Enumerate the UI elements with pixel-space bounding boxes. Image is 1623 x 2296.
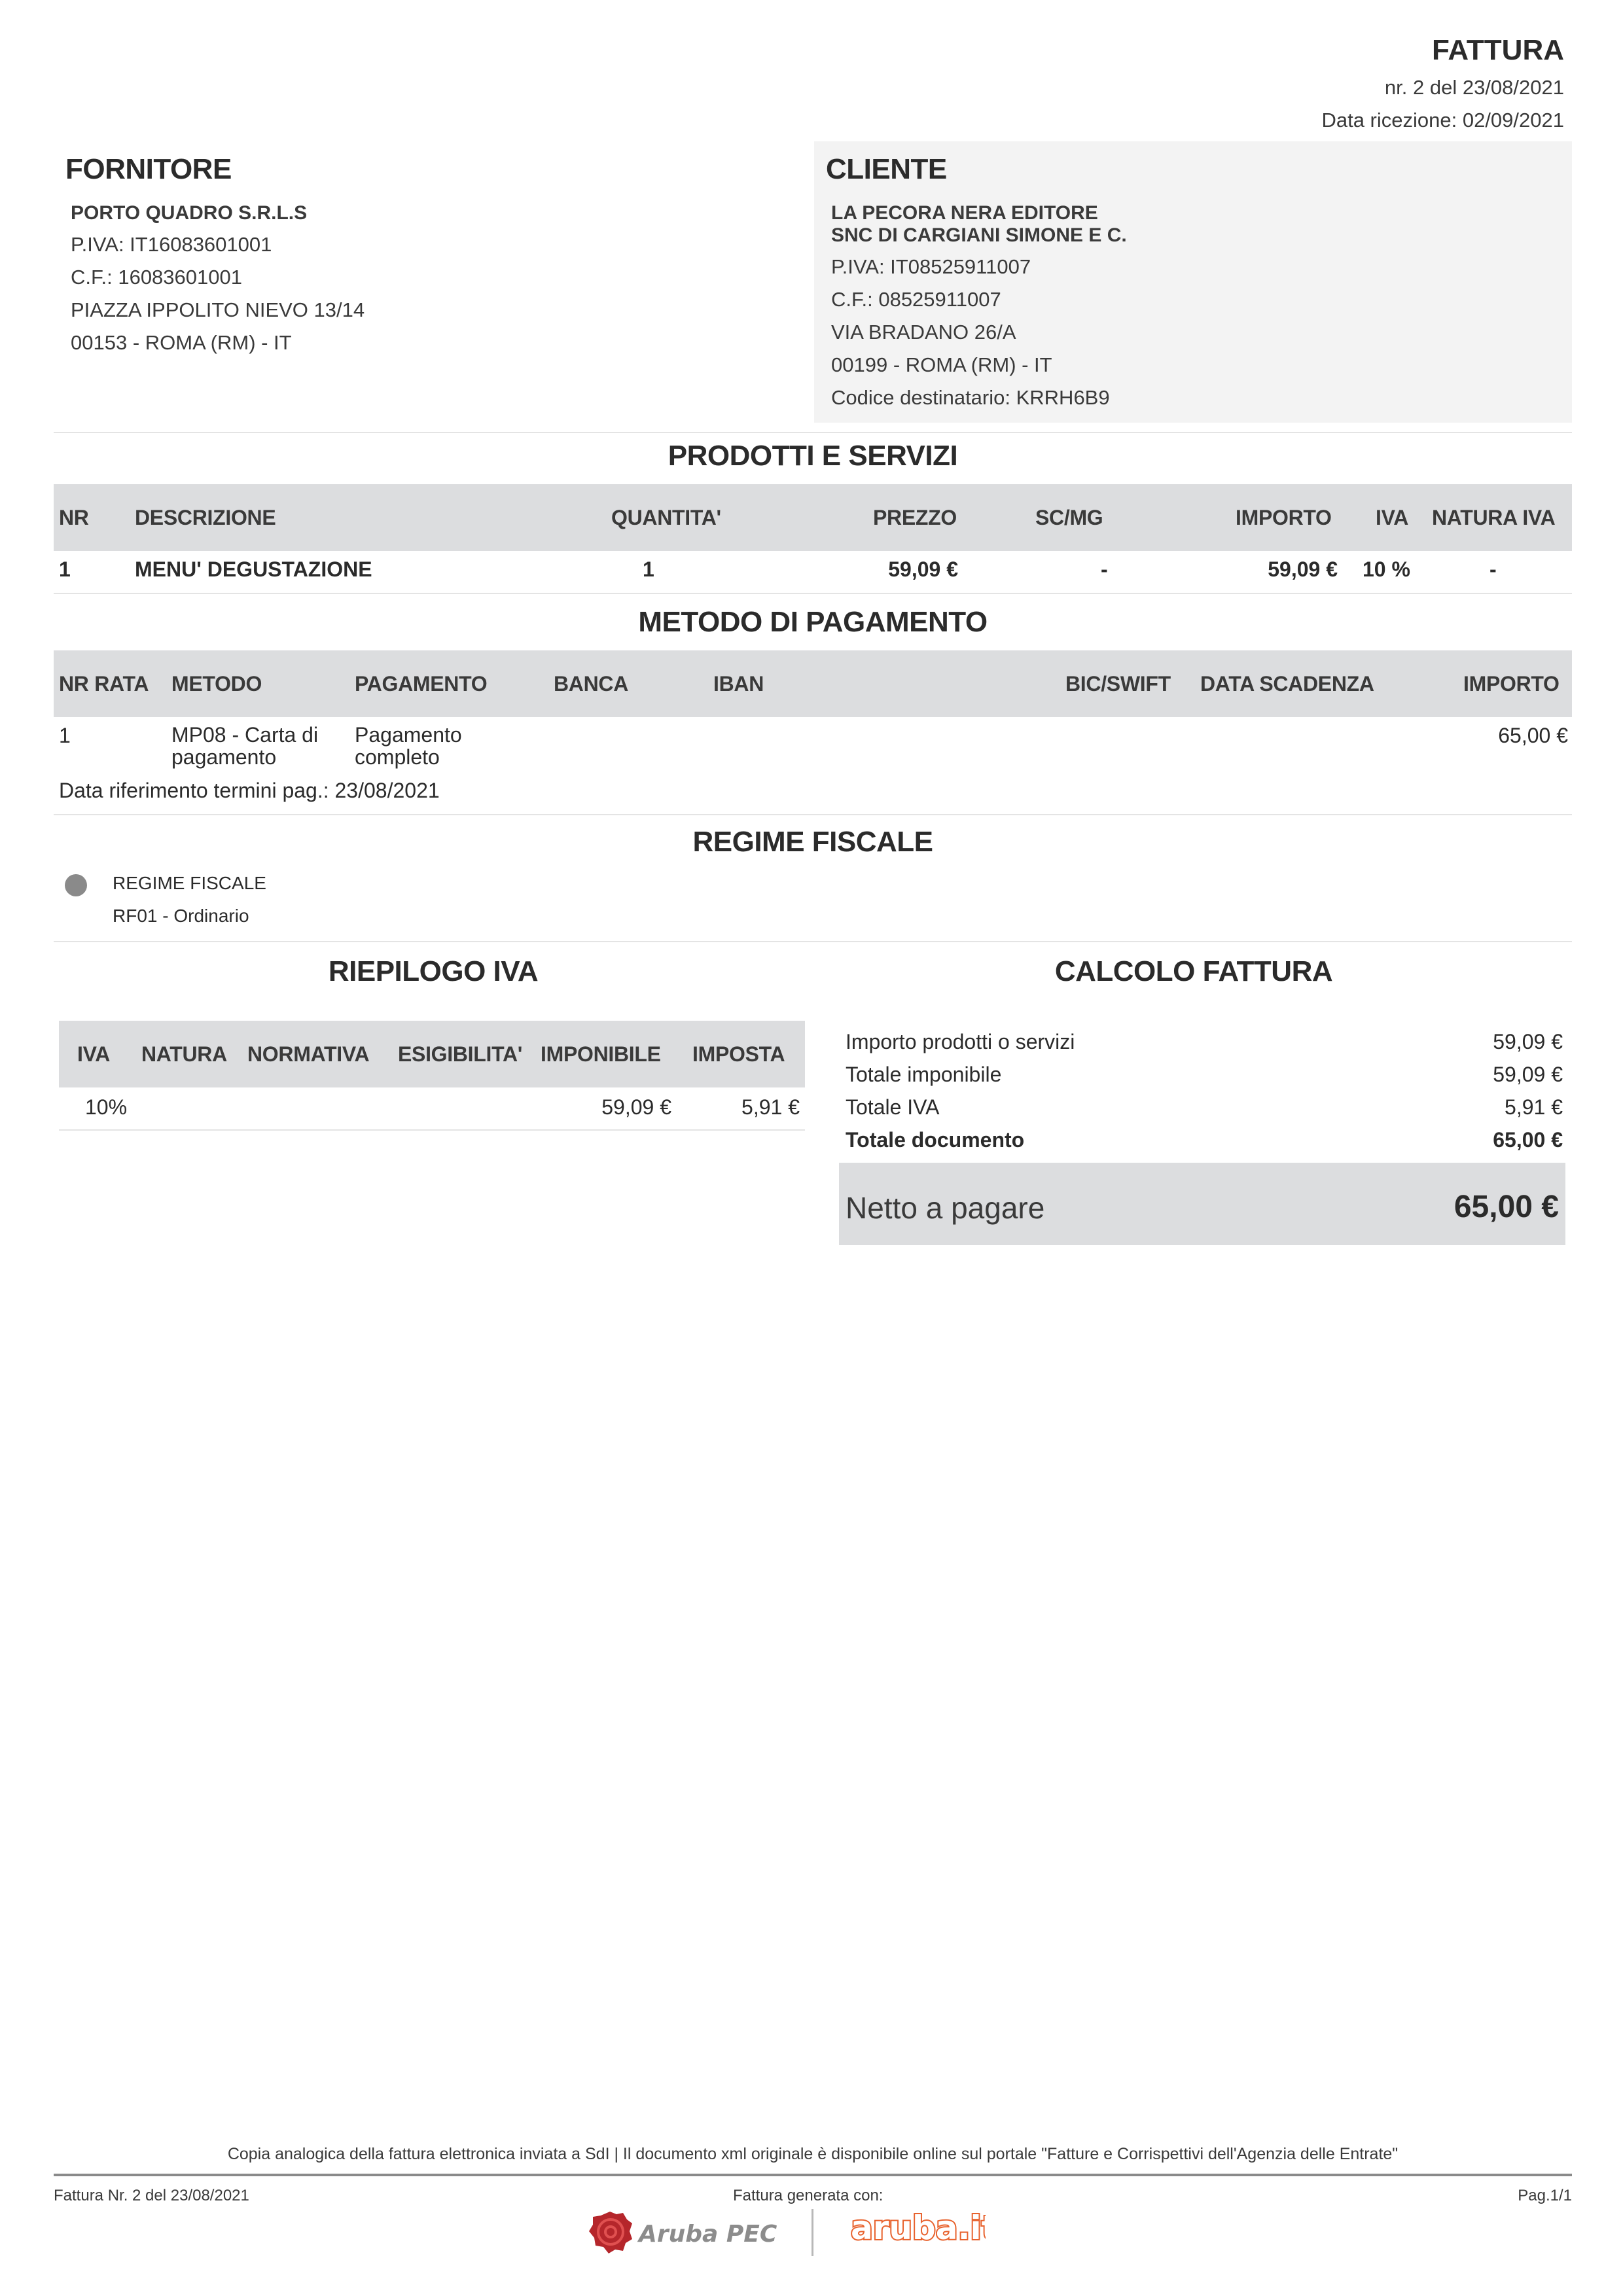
client-title: CLIENTE [826, 153, 947, 186]
net-payable-label: Netto a pagare [846, 1190, 1044, 1226]
vat-summary-title: RIEPILOGO IVA [54, 955, 813, 988]
client-block: CLIENTE LA PECORA NERA EDITORE SNC DI CA… [814, 141, 1572, 423]
col-data-scadenza: DATA SCADENZA [1200, 650, 1374, 717]
aruba-pec-logo-icon: Aruba PEC [588, 2209, 777, 2255]
vat-taxable: 59,09 € [563, 1095, 671, 1120]
payment-type: Pagamento completo [355, 724, 462, 768]
product-amount: 59,09 € [1230, 557, 1338, 582]
col-quantita: QUANTITA' [611, 484, 721, 551]
col-importo-pagamento: IMPORTO [1463, 650, 1560, 717]
vat-rate: 10% [85, 1095, 127, 1120]
col-importo: IMPORTO [1236, 484, 1332, 551]
footer-note: Copia analogica della fattura elettronic… [54, 2145, 1572, 2164]
col-sc-mg: SC/MG [1035, 484, 1103, 551]
product-description: MENU' DEGUSTAZIONE [135, 557, 372, 582]
svg-text:Aruba PEC: Aruba PEC [637, 2221, 777, 2248]
net-payable-value: 65,00 € [1454, 1189, 1559, 1225]
footer-generated-with: Fattura generata con: [733, 2187, 883, 2205]
calc-row-total: Totale documento 65,00 € [846, 1128, 1563, 1152]
product-vat-nature: - [1489, 557, 1497, 582]
payment-method-line1: MP08 - Carta di [171, 724, 318, 746]
client-piva: P.IVA: IT08525911007 [831, 255, 1031, 279]
calc-label: Totale documento [846, 1128, 1024, 1152]
receipt-date: Data ricezione: 02/09/2021 [1321, 109, 1564, 132]
payment-method: MP08 - Carta di pagamento [171, 724, 318, 768]
bullet-dot-icon [65, 874, 87, 896]
product-price: 59,09 € [851, 557, 958, 582]
client-name-line2: SNC DI CARGIANI SIMONE E C. [831, 224, 1127, 247]
payment-title: METODO DI PAGAMENTO [54, 606, 1572, 639]
supplier-cf: C.F.: 16083601001 [71, 266, 242, 289]
col-pagamento: PAGAMENTO [355, 650, 487, 717]
client-name-line1: LA PECORA NERA EDITORE [831, 202, 1098, 224]
col-iban: IBAN [713, 650, 764, 717]
divider [59, 1129, 805, 1131]
supplier-city: 00153 - ROMA (RM) - IT [71, 331, 292, 355]
col-vat-normativa: NORMATIVA [247, 1021, 369, 1087]
calc-row-products: Importo prodotti o servizi 59,09 € [846, 1030, 1563, 1054]
col-vat-imposta: IMPOSTA [692, 1021, 785, 1087]
client-recipient-code: Codice destinatario: KRRH6B9 [831, 386, 1110, 410]
col-vat-imponibile: IMPONIBILE [541, 1021, 661, 1087]
client-cf: C.F.: 08525911007 [831, 288, 1001, 311]
col-nr-rata: NR RATA [59, 650, 149, 717]
client-address: VIA BRADANO 26/A [831, 321, 1016, 344]
calc-row-taxable: Totale imponibile 59,09 € [846, 1063, 1563, 1087]
payment-type-line1: Pagamento [355, 724, 462, 746]
product-quantity: 1 [643, 557, 654, 582]
regime-title: REGIME FISCALE [54, 826, 1572, 858]
payment-amount: 65,00 € [1440, 724, 1568, 748]
products-title: PRODOTTI E SERVIZI [54, 440, 1572, 472]
col-metodo: METODO [171, 650, 262, 717]
calc-value: 59,09 € [1493, 1030, 1563, 1054]
col-vat-esigibilita: ESIGIBILITA' [398, 1021, 522, 1087]
regime-label: REGIME FISCALE [113, 873, 266, 894]
document-title: FATTURA [1432, 34, 1564, 67]
divider [54, 432, 1572, 433]
calc-value: 59,09 € [1493, 1063, 1563, 1087]
calc-label: Totale IVA [846, 1095, 939, 1119]
regime-value: RF01 - Ordinario [113, 906, 249, 927]
calc-value: 65,00 € [1493, 1128, 1563, 1152]
net-payable-box: Netto a pagare 65,00 € [839, 1163, 1565, 1245]
invoice-number: nr. 2 del 23/08/2021 [1385, 76, 1564, 99]
col-banca: BANCA [554, 650, 628, 717]
calc-value: 5,91 € [1505, 1095, 1563, 1120]
svg-text:aruba.it: aruba.it [851, 2209, 986, 2247]
calc-label: Importo prodotti o servizi [846, 1030, 1075, 1053]
payment-reference-date: Data riferimento termini pag.: 23/08/202… [59, 779, 440, 803]
calculation-title: CALCOLO FATTURA [814, 955, 1573, 988]
aruba-it-logo-icon: aruba.it [848, 2205, 986, 2248]
supplier-name: PORTO QUADRO S.R.L.S [71, 202, 307, 224]
col-natura-iva: NATURA IVA [1432, 484, 1555, 551]
col-iva: IVA [1376, 484, 1408, 551]
supplier-title: FORNITORE [65, 153, 232, 186]
supplier-block: FORNITORE PORTO QUADRO S.R.L.S P.IVA: IT… [54, 141, 787, 423]
product-vat: 10 % [1363, 557, 1410, 582]
col-descrizione: DESCRIZIONE [135, 484, 276, 551]
logo-separator [811, 2209, 813, 2256]
payment-method-line2: pagamento [171, 746, 318, 768]
footer-invoice-ref: Fattura Nr. 2 del 23/08/2021 [54, 2187, 249, 2205]
payment-type-line2: completo [355, 746, 462, 768]
payment-table-header: NR RATA METODO PAGAMENTO BANCA IBAN BIC/… [54, 650, 1572, 717]
supplier-piva: P.IVA: IT16083601001 [71, 233, 272, 256]
col-bic-swift: BIC/SWIFT [1065, 650, 1171, 717]
col-vat-natura: NATURA [141, 1021, 227, 1087]
products-table-header: NR DESCRIZIONE QUANTITA' PREZZO SC/MG IM… [54, 484, 1572, 551]
payment-nr-rata: 1 [59, 724, 71, 748]
calc-row-vat: Totale IVA 5,91 € [846, 1095, 1563, 1120]
vat-tax: 5,91 € [694, 1095, 800, 1120]
vat-summary-header: IVA NATURA NORMATIVA ESIGIBILITA' IMPONI… [59, 1021, 805, 1087]
product-discount: - [1101, 557, 1108, 582]
footer-divider [54, 2174, 1572, 2176]
divider [54, 593, 1572, 594]
client-city: 00199 - ROMA (RM) - IT [831, 353, 1052, 377]
product-nr: 1 [59, 557, 71, 582]
divider [54, 814, 1572, 815]
divider [54, 941, 1572, 942]
col-vat-iva: IVA [77, 1021, 110, 1087]
calc-label: Totale imponibile [846, 1063, 1001, 1086]
col-prezzo: PREZZO [873, 484, 957, 551]
col-nr: NR [59, 484, 89, 551]
footer-page-number: Pag.1/1 [1518, 2187, 1572, 2205]
supplier-address: PIAZZA IPPOLITO NIEVO 13/14 [71, 298, 365, 322]
